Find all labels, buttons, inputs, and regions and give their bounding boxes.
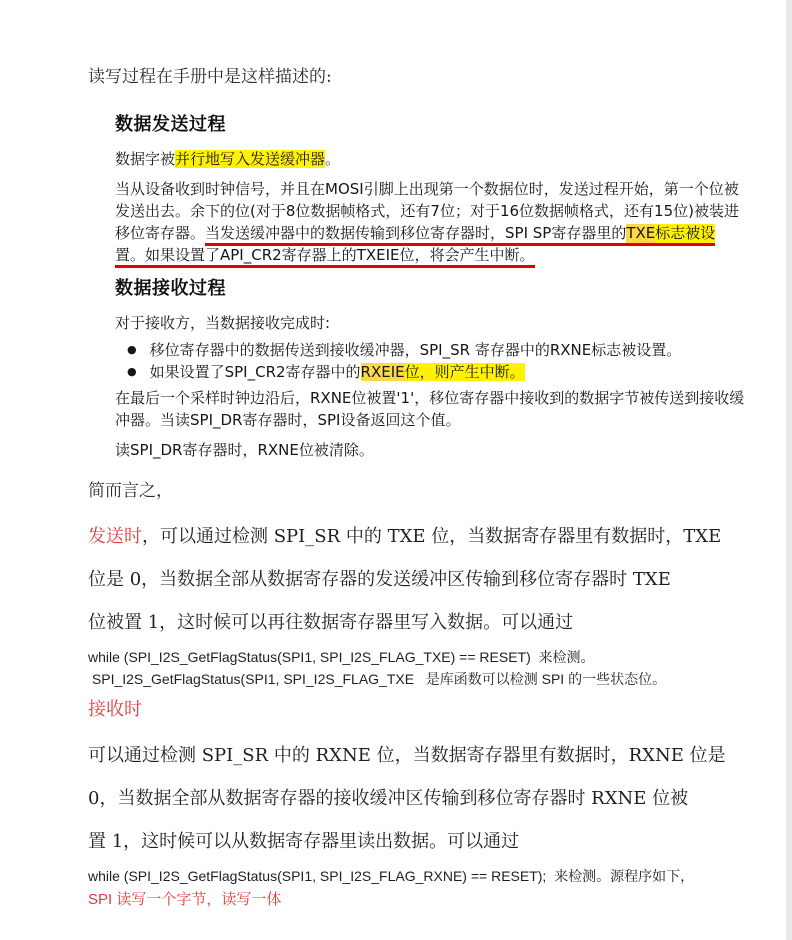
receive-note-line: 读SPI_DR寄存器时，RXNE位被清除。 <box>115 439 762 460</box>
text-segment: while (SPI_I2S_GetFlagStatus(SPI1, SPI_I… <box>88 868 694 884</box>
text-segment: 在最后一个采样时钟边沿后，RXNE位被置'1'，移位寄存器中接收到的数据字节被传… <box>115 389 744 407</box>
brief-paragraph: 简而言之， <box>88 480 762 503</box>
text-line: while (SPI_I2S_GetFlagStatus(SPI1, SPI_I… <box>88 646 762 668</box>
text-segment: 移位寄存器中的数据传送到接收缓冲器，SPI_SR 寄存器中的RXNE标志被设置。 <box>150 341 682 359</box>
bullet-marker: ● <box>127 365 137 378</box>
text-line: 位是 0，当数据全部从数据寄存器的发送缓冲区传输到移位寄存器时 TXE <box>88 558 762 601</box>
text-segment: 置。如果设置了API_CR2寄存器上的TXEIE位，将会产生中断。 <box>115 246 535 268</box>
text-segment: 位被置 1，这时候可以再往数据寄存器里写入数据。可以通过 <box>88 612 573 633</box>
receive-code-line: while (SPI_I2S_GetFlagStatus(SPI1, SPI_I… <box>88 865 762 887</box>
text-segment: 当从设备收到时钟信号，并且在MOSI引脚上出现第一个数据位时，发送过程开始，第一… <box>115 180 739 198</box>
receive-summary-paragraph: 可以通过检测 SPI_SR 中的 RXNE 位，当数据寄存器里有数据时，RXNE… <box>88 734 762 863</box>
text-segment: RXEIE <box>361 363 405 381</box>
text-segment: 发送时 <box>88 526 142 547</box>
text-segment: SPI 读写一个字节，读写一体 <box>88 891 281 908</box>
send-paragraph: 当从设备收到时钟信号，并且在MOSI引脚上出现第一个数据位时，发送过程开始，第一… <box>115 178 762 266</box>
text-line: 移位寄存器。当发送缓冲器中的数据传输到移位寄存器时，SPI SP寄存器里的TXE… <box>115 222 762 244</box>
text-segment: SPI_I2S_GetFlagStatus(SPI1, SPI_I2S_FLAG… <box>88 671 666 687</box>
text-line: ●如果设置了SPI_CR2寄存器中的RXEIE位，则产生中断。 <box>115 361 762 383</box>
text-line: 0，当数据全部从数据寄存器的接收缓冲区传输到移位寄存器时 RXNE 位被 <box>88 777 762 820</box>
manual-excerpt-image: 数据发送过程 数据字被并行地写入发送缓冲器。 当从设备收到时钟信号，并且在MOS… <box>115 110 762 460</box>
text-line: 发送出去。余下的位(对于8位数据帧格式，还有7位；对于16位数据帧格式，还有15… <box>115 200 762 222</box>
receive-label: 接收时 <box>88 698 762 722</box>
text-segment: 发送出去。余下的位(对于8位数据帧格式，还有7位；对于16位数据帧格式，还有15… <box>115 202 739 220</box>
bullet-marker: ● <box>127 343 137 356</box>
intro-paragraph: 读写过程在手册中是这样描述的: <box>88 66 762 89</box>
text-segment: 读SPI_DR寄存器时，RXNE位被清除。 <box>115 441 374 459</box>
text-segment: 如果设置了SPI_CR2寄存器中的 <box>150 363 361 381</box>
excerpt-heading-receive: 数据接收过程 <box>115 274 762 300</box>
text-line: 置。如果设置了API_CR2寄存器上的TXEIE位，将会产生中断。 <box>115 244 762 266</box>
text-line: SPI 读写一个字节，读写一体 <box>88 889 762 910</box>
text-line: 在最后一个采样时钟边沿后，RXNE位被置'1'，移位寄存器中接收到的数据字节被传… <box>115 387 762 409</box>
send-code-lines: while (SPI_I2S_GetFlagStatus(SPI1, SPI_I… <box>88 646 762 690</box>
document-page: 读写过程在手册中是这样描述的: 数据发送过程 数据字被并行地写入发送缓冲器。 当… <box>0 0 792 940</box>
text-segment: 移位寄存器。 <box>115 224 205 242</box>
page-edge-strip <box>786 0 792 940</box>
footer-note: SPI 读写一个字节，读写一体 <box>88 889 762 910</box>
text-segment: 可以通过检测 SPI_SR 中的 RXNE 位，当数据寄存器里有数据时，RXNE… <box>88 745 726 766</box>
text-segment: 置 1，这时候可以从数据寄存器里读出数据。可以通过 <box>88 831 519 852</box>
text-segment: while (SPI_I2S_GetFlagStatus(SPI1, SPI_I… <box>88 649 595 665</box>
send-highlight-line: 数据字被并行地写入发送缓冲器。 <box>115 148 762 170</box>
text-segment: ，可以通过检测 SPI_SR 中的 TXE 位，当数据寄存器里有数据时，TXE <box>142 526 721 547</box>
text-segment: 冲器。当读SPI_DR寄存器时，SPI设备返回这个值。 <box>115 411 460 429</box>
text-segment: 数据字被 <box>115 150 175 168</box>
text-line: SPI_I2S_GetFlagStatus(SPI1, SPI_I2S_FLAG… <box>88 668 762 690</box>
send-summary-paragraph: 发送时，可以通过检测 SPI_SR 中的 TXE 位，当数据寄存器里有数据时，T… <box>88 515 762 644</box>
text-segment: 当发送缓冲器中的数据传输到移位寄存器时，SPI SP寄存器里的 <box>205 224 626 246</box>
text-line: ●移位寄存器中的数据传送到接收缓冲器，SPI_SR 寄存器中的RXNE标志被设置… <box>115 339 762 361</box>
text-segment: 对于接收方，当数据接收完成时: <box>115 314 330 332</box>
text-segment: TXE <box>626 224 655 246</box>
text-segment: 。 <box>325 150 340 168</box>
receive-paragraph: 在最后一个采样时钟边沿后，RXNE位被置'1'，移位寄存器中接收到的数据字节被传… <box>115 387 762 431</box>
text-segment: 并行地写入发送缓冲器 <box>175 150 325 168</box>
text-segment: 位是 0，当数据全部从数据寄存器的发送缓冲区传输到移位寄存器时 TXE <box>88 569 671 590</box>
text-segment: 0，当数据全部从数据寄存器的接收缓冲区传输到移位寄存器时 RXNE 位被 <box>88 788 688 809</box>
text-line: 当从设备收到时钟信号，并且在MOSI引脚上出现第一个数据位时，发送过程开始，第一… <box>115 178 762 200</box>
text-segment: 标志被设 <box>655 224 715 246</box>
excerpt-heading-send: 数据发送过程 <box>115 110 762 136</box>
text-line: 置 1，这时候可以从数据寄存器里读出数据。可以通过 <box>88 820 762 863</box>
text-line: 冲器。当读SPI_DR寄存器时，SPI设备返回这个值。 <box>115 409 762 431</box>
receive-bullet-list: ●移位寄存器中的数据传送到接收缓冲器，SPI_SR 寄存器中的RXNE标志被设置… <box>115 339 762 383</box>
text-segment: 位，则产生中断。 <box>405 363 525 381</box>
text-line: 发送时，可以通过检测 SPI_SR 中的 TXE 位，当数据寄存器里有数据时，T… <box>88 515 762 558</box>
text-line: while (SPI_I2S_GetFlagStatus(SPI1, SPI_I… <box>88 865 762 887</box>
text-line: 位被置 1，这时候可以再往数据寄存器里写入数据。可以通过 <box>88 601 762 644</box>
receive-intro-line: 对于接收方，当数据接收完成时: <box>115 312 762 333</box>
text-line: 可以通过检测 SPI_SR 中的 RXNE 位，当数据寄存器里有数据时，RXNE… <box>88 734 762 777</box>
